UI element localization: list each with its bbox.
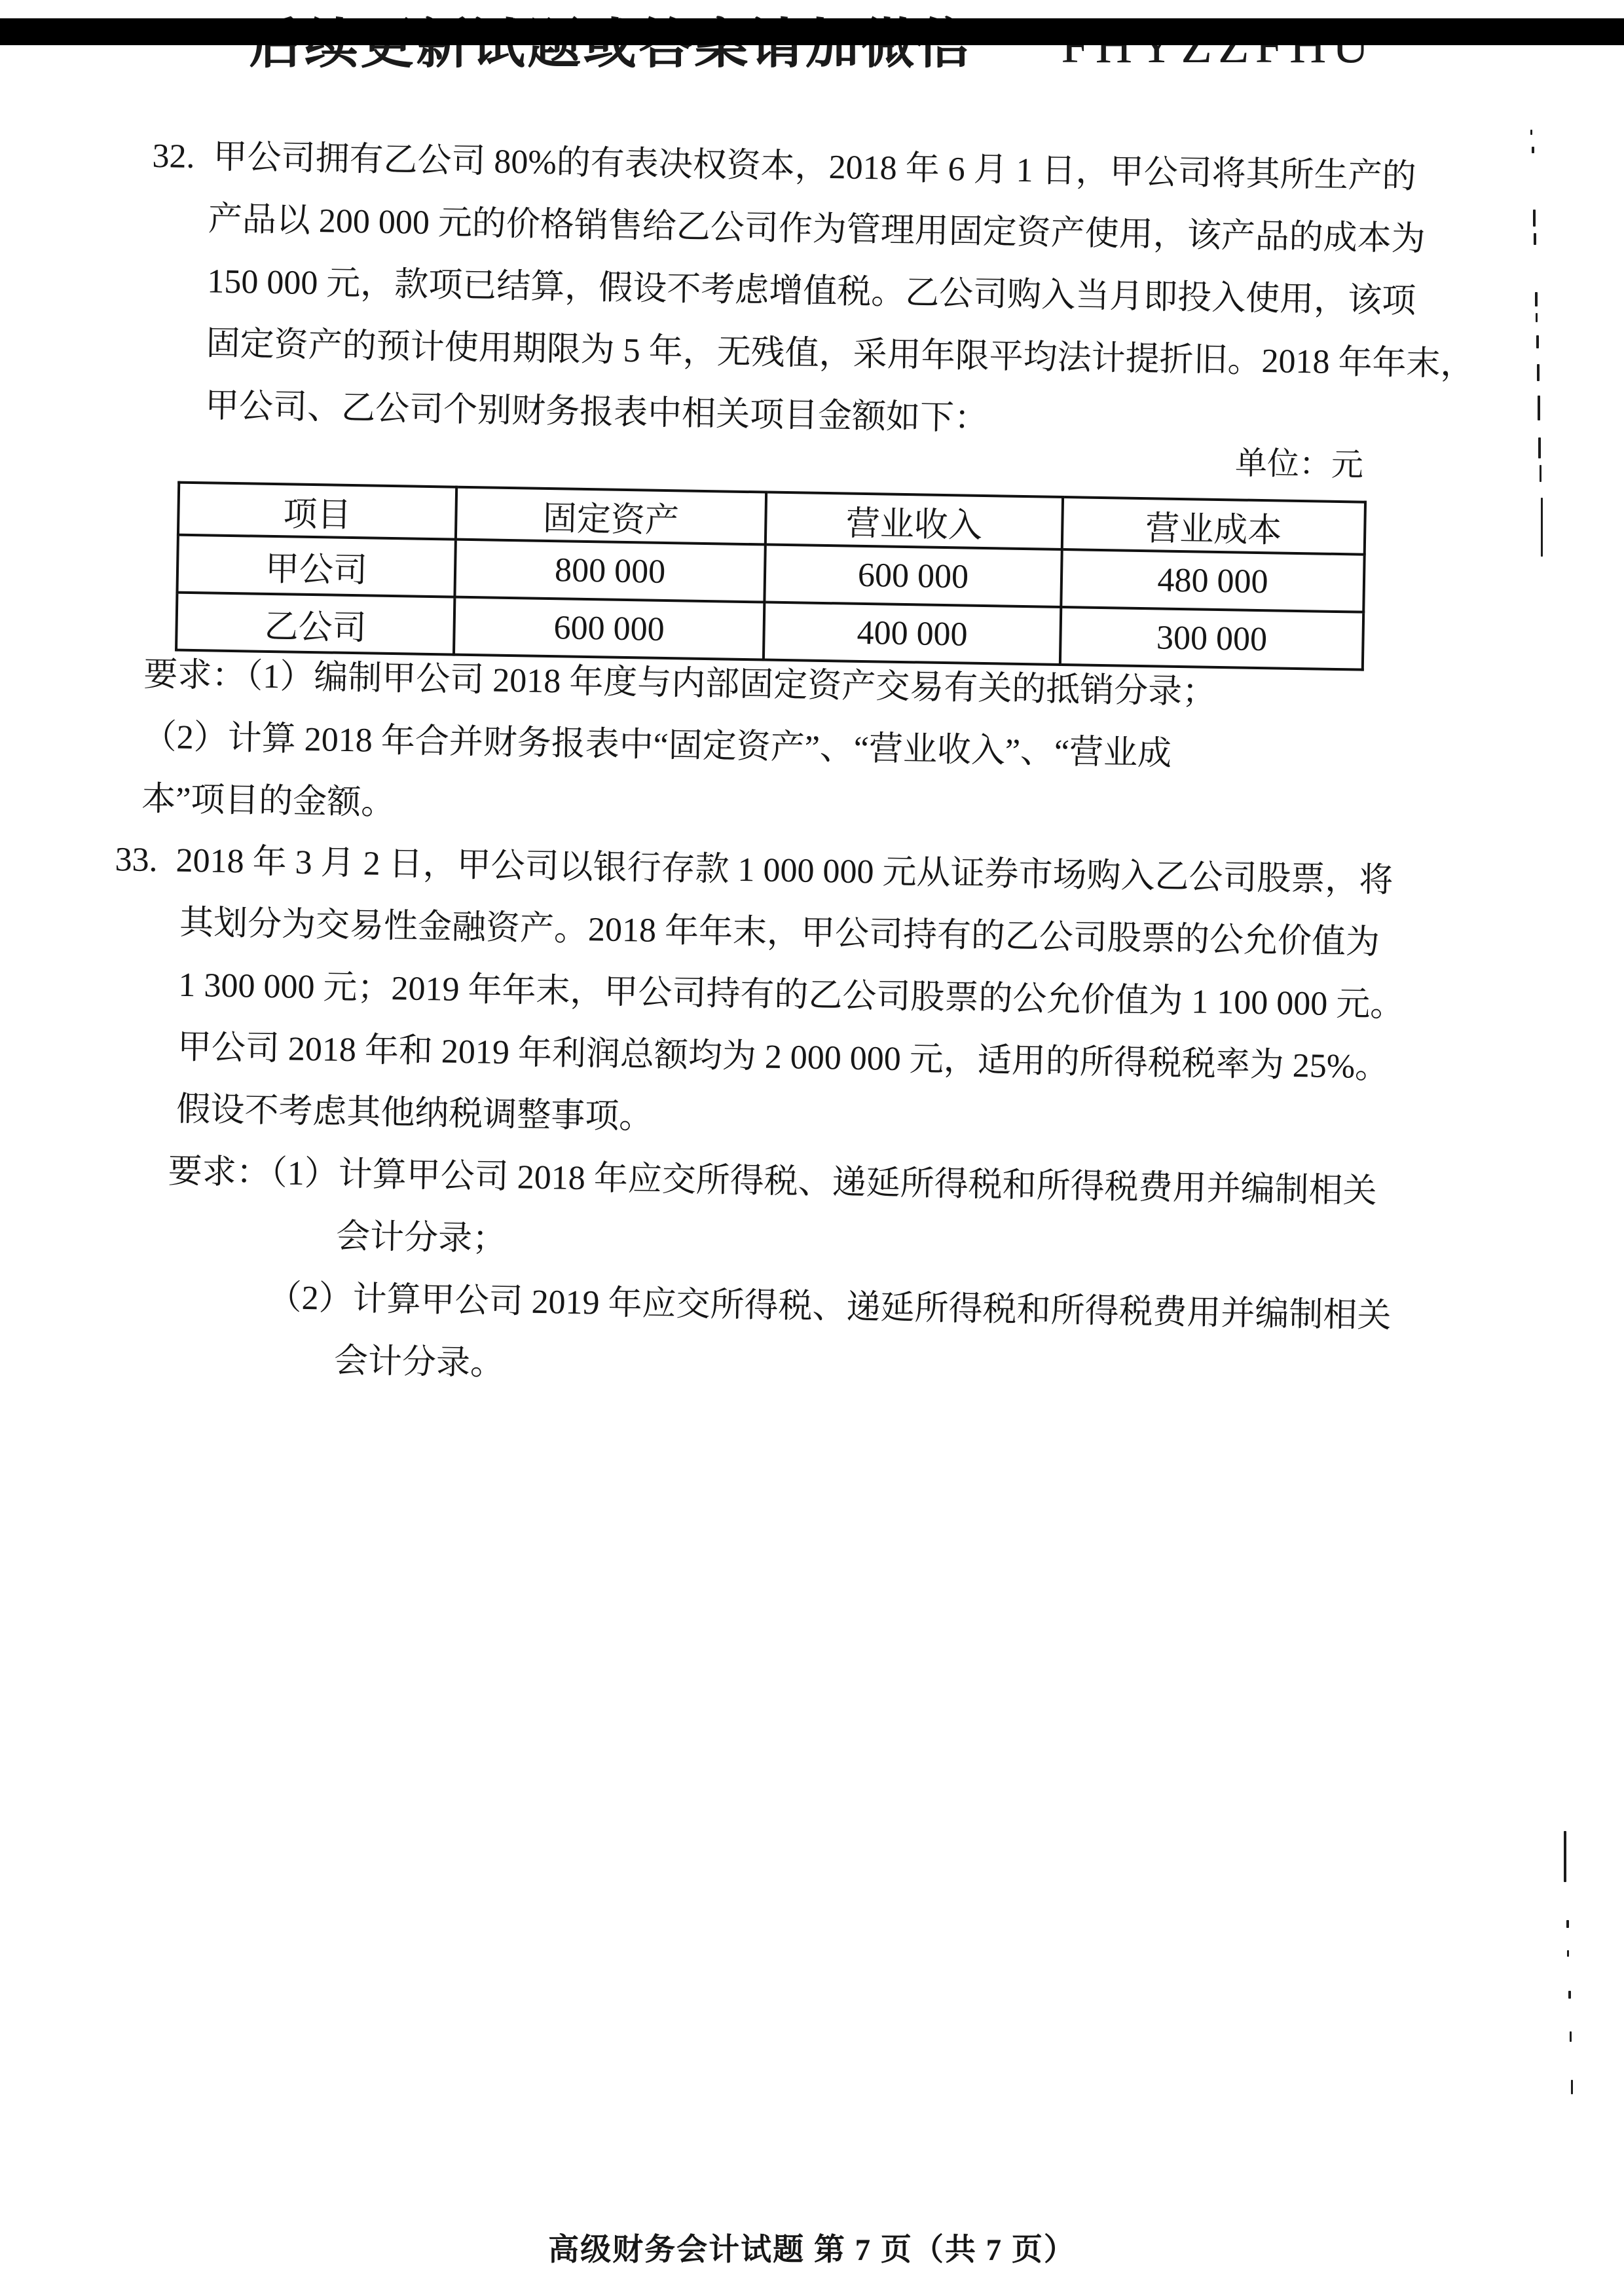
q33-number: 33.	[115, 841, 176, 879]
table-cell: 480 000	[1061, 549, 1364, 612]
q32-requirements: 要求：（1）编制甲公司 2018 年度与内部固定资产交易有关的抵销分录； （2）…	[141, 644, 1217, 848]
table-cell: 800 000	[454, 540, 765, 602]
scan-artifact	[1533, 210, 1536, 227]
scan-artifact	[1532, 147, 1534, 153]
table-header-cost: 营业成本	[1062, 497, 1365, 555]
scan-artifact	[1541, 498, 1543, 557]
scan-artifact	[1534, 233, 1536, 245]
table-cell: 600 000	[764, 544, 1061, 606]
exam-page: 后续更新试题或答案请加微信FHYZZFHU 32.甲公司拥有乙公司 80%的有表…	[0, 0, 1624, 2275]
table-header-item: 项目	[178, 483, 456, 540]
scan-artifact	[1568, 1991, 1571, 1999]
scan-artifact	[1567, 1950, 1569, 1957]
scan-artifact	[1538, 437, 1541, 458]
scan-artifact	[1536, 335, 1539, 348]
page-footer: 高级财务会计试题 第 7 页（共 7 页）	[458, 2225, 1166, 2269]
financial-data-table: 项目 固定资产 营业收入 营业成本 甲公司 800 000 600 000 48…	[175, 481, 1367, 671]
scan-artifact	[1570, 2031, 1572, 2042]
scan-artifact	[1530, 130, 1532, 135]
scan-artifact	[1564, 1831, 1566, 1882]
table-cell: 甲公司	[177, 535, 455, 597]
q33-line-1-text: 2018 年 3 月 2 日，甲公司以银行存款 1 000 000 元从证券市场…	[175, 842, 1393, 900]
scan-artifact	[1535, 292, 1538, 306]
scan-artifact	[1540, 465, 1541, 482]
scan-artifact	[1536, 313, 1538, 322]
question-32: 32.甲公司拥有乙公司 80%的有表决权资本，2018 年 6 月 1 日，甲公…	[147, 125, 1495, 458]
table-header-revenue: 营业收入	[766, 492, 1063, 549]
scan-artifact	[1571, 2080, 1573, 2094]
page-content: 32.甲公司拥有乙公司 80%的有表决权资本，2018 年 6 月 1 日，甲公…	[0, 0, 1624, 1530]
table-header-fixed-assets: 固定资产	[456, 487, 766, 545]
scan-artifact	[1538, 396, 1540, 420]
scan-artifact	[1537, 364, 1540, 381]
scan-artifact	[1566, 1920, 1569, 1928]
question-33: 33.2018 年 3 月 2 日，甲公司以银行存款 1 000 000 元从证…	[106, 828, 1490, 1411]
q32-line-1-text: 甲公司拥有乙公司 80%的有表决权资本，2018 年 6 月 1 日，甲公司将其…	[213, 138, 1416, 195]
q32-number: 32.	[152, 138, 213, 176]
censor-bar	[0, 18, 1624, 45]
